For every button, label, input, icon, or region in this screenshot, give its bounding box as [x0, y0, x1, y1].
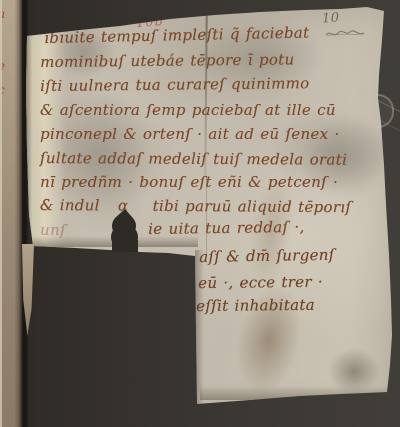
leaf-vignette	[0, 0, 400, 427]
wormhole	[112, 240, 138, 252]
photo-left-edge-line	[0, 0, 2, 427]
parchment-leaf: ıbıuite tempuſ impleſti q̃ faciebat momi…	[0, 0, 400, 427]
manuscript-photo: a e c ıbıuite tempuſ impleſti q̃ facieba…	[0, 0, 400, 427]
